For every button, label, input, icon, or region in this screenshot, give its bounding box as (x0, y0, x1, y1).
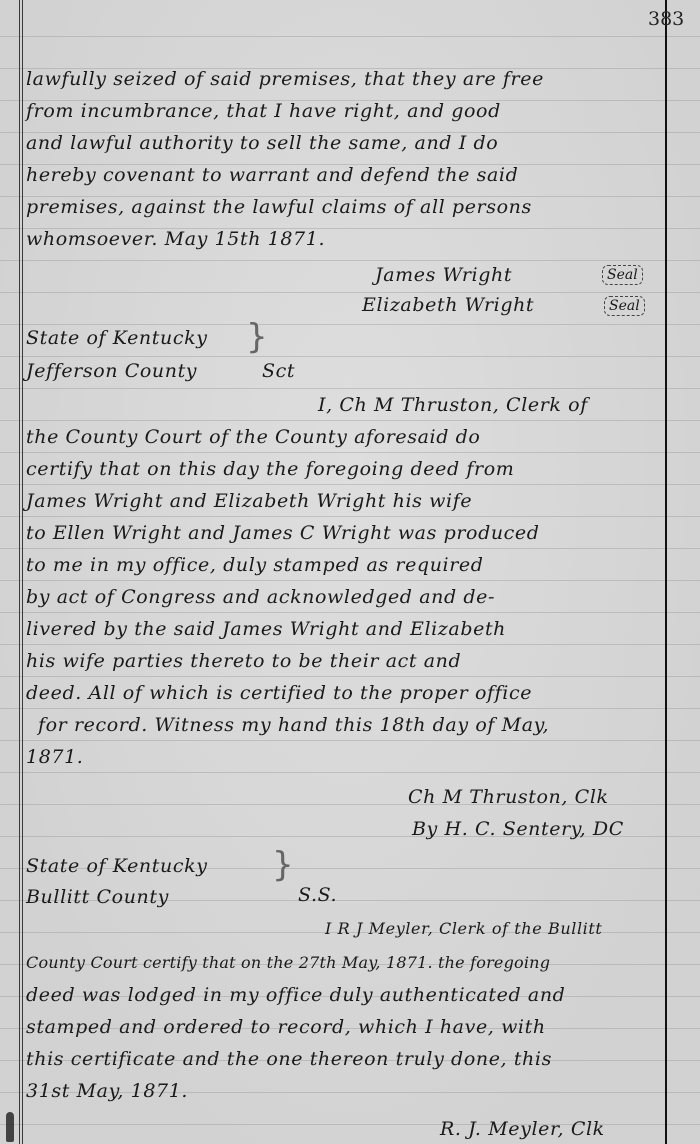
ledger-page: 383 lawfully seized of said premises, th… (0, 0, 700, 1144)
cert-line: stamped and ordered to record, which I h… (26, 1016, 546, 1038)
cert-line: 1871. (26, 746, 83, 768)
cert-line: County Court certify that on the 27th Ma… (26, 952, 550, 974)
deputy-clerk-signature: By H. C. Sentery, DC (412, 818, 624, 840)
venue-suffix: S.S. (298, 884, 337, 906)
signature-elizabeth-wright: Elizabeth Wright (362, 294, 534, 316)
deed-line: and lawful authority to sell the same, a… (26, 132, 498, 154)
deed-line: whomsoever. May 15th 1871. (26, 228, 325, 250)
deed-line: premises, against the lawful claims of a… (26, 196, 532, 218)
venue-suffix: Sct (262, 360, 295, 382)
cert-line: this certificate and the one thereon tru… (26, 1048, 552, 1070)
left-margin-line-inner (22, 0, 23, 1144)
cert-line: deed was lodged in my office duly authen… (26, 984, 565, 1006)
deed-line: hereby covenant to warrant and defend th… (26, 164, 518, 186)
seal-mark: Seal (604, 296, 645, 316)
left-margin-line (19, 0, 20, 1144)
venue-state: State of Kentucky (26, 327, 208, 349)
venue-county: Bullitt County (26, 886, 169, 908)
cert-line: James Wright and Elizabeth Wright his wi… (26, 490, 472, 512)
right-margin-line (665, 0, 667, 1144)
clerk-signature: Ch M Thruston, Clk (408, 786, 609, 808)
venue-state: State of Kentucky (26, 855, 208, 877)
signature-james-wright: James Wright (375, 264, 512, 286)
ink-blot (6, 1112, 14, 1142)
cert-line: the County Court of the County aforesaid… (26, 426, 480, 448)
seal-mark: Seal (602, 265, 643, 285)
deed-line: from incumbrance, that I have right, and… (26, 100, 501, 122)
venue-brace-icon: } (272, 848, 294, 882)
cert-line: to Ellen Wright and James C Wright was p… (26, 522, 540, 544)
cert-line: by act of Congress and acknowledged and … (26, 586, 495, 608)
cert-line: livered by the said James Wright and Eli… (26, 618, 506, 640)
deed-line: lawfully seized of said premises, that t… (26, 68, 544, 90)
page-number: 383 (648, 8, 684, 30)
cert-line: deed. All of which is certified to the p… (26, 682, 532, 704)
cert-line: certify that on this day the foregoing d… (26, 458, 514, 480)
cert-line: to me in my office, duly stamped as requ… (26, 554, 484, 576)
cert-line: I, Ch M Thruston, Clerk of (318, 394, 588, 416)
cert-line: his wife parties thereto to be their act… (26, 650, 461, 672)
venue-county: Jefferson County (26, 360, 197, 382)
clerk-signature: R. J. Meyler, Clk (440, 1118, 605, 1140)
cert-line: 31st May, 1871. (26, 1080, 188, 1102)
venue-brace-icon: } (246, 320, 268, 354)
cert-line: I R J Meyler, Clerk of the Bullitt (325, 918, 602, 940)
cert-line: for record. Witness my hand this 18th da… (38, 714, 549, 736)
